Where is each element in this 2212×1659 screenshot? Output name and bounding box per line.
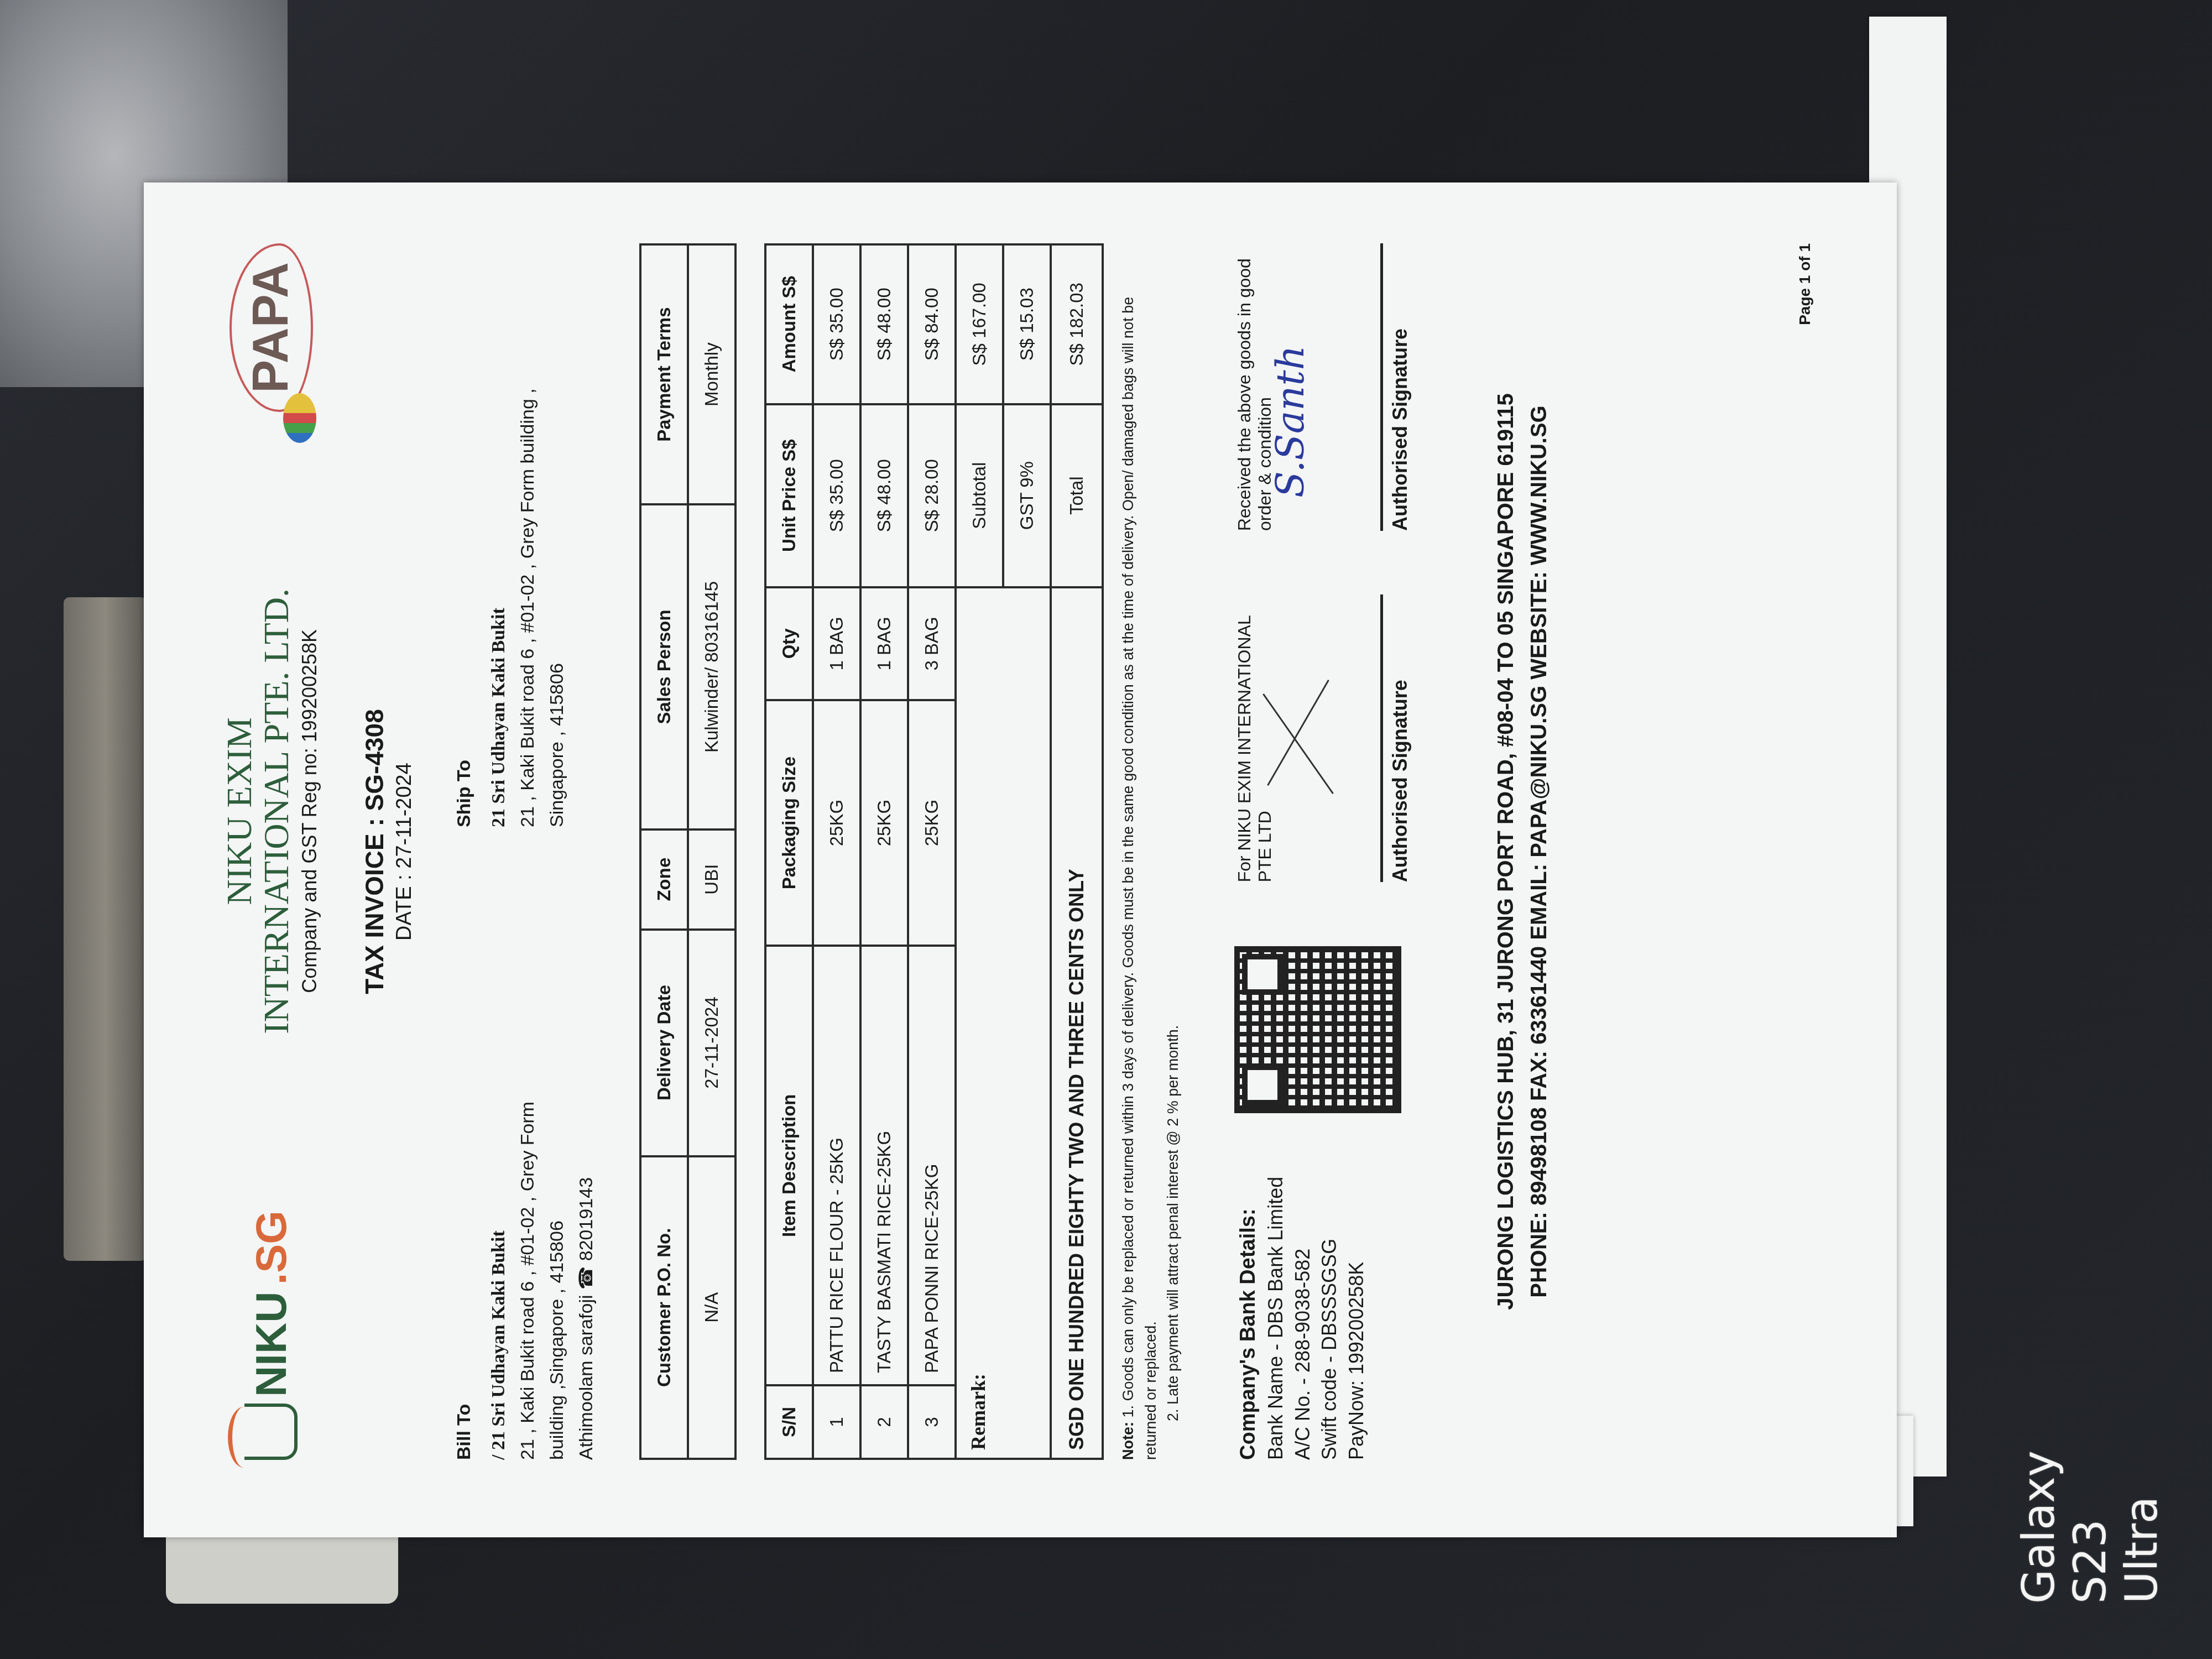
- bank-account: A/C No. - 288-9038-582: [1290, 1177, 1317, 1460]
- meta-value: Monthly: [688, 244, 735, 504]
- item-packaging: 25KG: [908, 700, 956, 946]
- meta-value: N/A: [688, 1156, 735, 1459]
- page-number: Page 1 of 1: [1796, 243, 1814, 325]
- invoice-page-wrapper: NIKU.SG NIKU EXIM INTERNATIONAL PTE. LTD…: [144, 182, 1897, 1537]
- line-items-table: S/N Item Description Packaging Size Qty …: [764, 243, 1104, 1460]
- meta-header: Zone: [640, 830, 688, 930]
- bank-swift: Swift code - DBSSSGSG: [1316, 1177, 1343, 1460]
- footer-address: JURONG LOGISTICS HUB, 31 JURONG PORT ROA…: [1489, 243, 1522, 1460]
- meta-header: Sales Person: [640, 504, 688, 830]
- meta-value: 27-11-2024: [688, 930, 735, 1156]
- receiver-handwritten-signature: S.Santh: [1267, 345, 1313, 498]
- paynow-qr-code-icon: [1234, 946, 1401, 1113]
- total-value: S$ 182.03: [1051, 244, 1103, 404]
- item-unit-price: S$ 28.00: [908, 404, 956, 587]
- niku-logo-suffix: .SG: [246, 1211, 296, 1285]
- papa-logo: PAPA: [229, 243, 313, 412]
- bill-to-contact: Athimoolam sarafoji ☎ 82019143: [572, 876, 601, 1460]
- notes-block: Note: 1. Goods can only be replaced or r…: [1117, 243, 1185, 1460]
- amount-in-words: SGD ONE HUNDRED EIGHTY TWO AND THREE CEN…: [1051, 587, 1103, 1459]
- bill-to: Bill To / 21 Sri Udhayan Kaki Bukit 21 ,…: [450, 876, 601, 1460]
- item-amount: S$ 48.00: [860, 244, 908, 404]
- company-signature-block: For NIKU EXIM INTERNATIONAL PTE LTD Auth…: [1234, 594, 1412, 882]
- item-amount: S$ 35.00: [813, 244, 860, 404]
- bank-paynow: PayNow: 199200258K: [1343, 1177, 1370, 1460]
- items-header: S/N: [765, 1385, 813, 1459]
- invoice-header: NIKU.SG NIKU EXIM INTERNATIONAL PTE. LTD…: [221, 243, 321, 1460]
- company-authorised-signature: Authorised Signature: [1380, 594, 1412, 882]
- receiver-authorised-signature: Authorised Signature: [1380, 243, 1412, 531]
- subtotal-row: Remark: Subtotal S$ 167.00: [956, 244, 1003, 1459]
- bank-details: Company's Bank Details: Bank Name - DBS …: [1234, 1177, 1370, 1460]
- subtotal-label: Subtotal: [956, 404, 1003, 587]
- company-name-line1: NIKU EXIM: [221, 588, 258, 1034]
- niku-logo: NIKU.SG: [244, 1211, 298, 1460]
- company-name-line2: INTERNATIONAL PTE. LTD.: [258, 588, 295, 1034]
- bill-to-name: / 21 Sri Udhayan Kaki Bukit: [484, 876, 514, 1460]
- gst-label: GST 9%: [1003, 404, 1051, 587]
- items-header: Qty: [765, 587, 813, 700]
- item-description: PAPA PONNI RICE-25KG: [908, 946, 956, 1385]
- invoice-footer: JURONG LOGISTICS HUB, 31 JURONG PORT ROA…: [1489, 243, 1556, 1460]
- meta-header: Customer P.O. No.: [640, 1156, 688, 1459]
- footer-contact: PHONE: 89498108 FAX: 63361440 EMAIL: PAP…: [1522, 243, 1556, 1460]
- item-qty: 1 BAG: [813, 587, 860, 700]
- meta-header-row: Customer P.O. No. Delivery Date Zone Sal…: [640, 244, 688, 1459]
- item-unit-price: S$ 35.00: [813, 404, 860, 587]
- invoice-number: TAX INVOICE : SG-4308: [359, 243, 389, 1460]
- receiver-signature-block: Received the above goods in good order &…: [1234, 243, 1412, 531]
- invoice-page: NIKU.SG NIKU EXIM INTERNATIONAL PTE. LTD…: [144, 182, 1897, 1537]
- shopping-cart-icon: [244, 1404, 298, 1460]
- ship-to-address1: 21 , Kaki Bukit road 6 , #01-02 , Grey F…: [513, 243, 542, 827]
- item-sn: 3: [908, 1385, 956, 1459]
- notes-label: Note:: [1120, 1422, 1136, 1460]
- items-header: Packaging Size: [765, 700, 813, 946]
- bill-to-label: Bill To: [450, 876, 479, 1460]
- bill-to-address2: building ,Singapore , 415806: [542, 876, 572, 1460]
- note-1: 1. Goods can only be replaced or returne…: [1120, 297, 1159, 1460]
- item-packaging: 25KG: [813, 700, 860, 946]
- item-qty: 3 BAG: [908, 587, 956, 700]
- invoice-date: DATE : 27-11-2024: [393, 243, 416, 1460]
- item-description: PATTU RICE FLOUR - 25KG: [813, 946, 860, 1385]
- address-section: Bill To / 21 Sri Udhayan Kaki Bukit 21 ,…: [450, 243, 601, 1460]
- ship-to-label: Ship To: [450, 243, 479, 827]
- papa-logo-text: PAPA: [243, 262, 299, 393]
- subtotal-value: S$ 167.00: [956, 244, 1003, 404]
- item-sn: 1: [813, 1385, 860, 1459]
- bank-name: Bank Name - DBS Bank Limited: [1262, 1177, 1290, 1460]
- note-2: 2. Late payment will attract penal inter…: [1162, 243, 1185, 1460]
- meta-value: UBI: [688, 830, 735, 930]
- meta-header: Delivery Date: [640, 930, 688, 1156]
- items-header: Unit Price S$: [765, 404, 813, 587]
- items-header-row: S/N Item Description Packaging Size Qty …: [765, 244, 813, 1459]
- item-description: TASTY BASMATI RICE-25KG: [860, 946, 908, 1385]
- papa-rays-icon: [283, 393, 316, 443]
- item-amount: S$ 84.00: [908, 244, 956, 404]
- table-row: 1 PATTU RICE FLOUR - 25KG 25KG 1 BAG S$ …: [813, 244, 860, 1459]
- bank-heading: Company's Bank Details:: [1234, 1177, 1262, 1460]
- company-signature-label: For NIKU EXIM INTERNATIONAL PTE LTD: [1234, 594, 1275, 882]
- remark-label: Remark:: [956, 587, 1051, 1459]
- item-sn: 2: [860, 1385, 908, 1459]
- order-meta-table: Customer P.O. No. Delivery Date Zone Sal…: [639, 243, 737, 1460]
- items-header: Item Description: [765, 946, 813, 1385]
- items-header: Amount S$: [765, 244, 813, 404]
- total-label: Total: [1051, 404, 1103, 587]
- total-row: SGD ONE HUNDRED EIGHTY TWO AND THREE CEN…: [1051, 244, 1103, 1459]
- table-row: 3 PAPA PONNI RICE-25KG 25KG 3 BAG S$ 28.…: [908, 244, 956, 1459]
- item-packaging: 25KG: [860, 700, 908, 946]
- company-reg-number: Company and GST Reg no: 199200258K: [298, 588, 321, 1034]
- table-row: 2 TASTY BASMATI RICE-25KG 25KG 1 BAG S$ …: [860, 244, 908, 1459]
- camera-watermark: Galaxy S23 Ultra: [2013, 1405, 2167, 1604]
- ship-to-name: 21 Sri Udhayan Kaki Bukit: [484, 243, 514, 827]
- company-block: NIKU EXIM INTERNATIONAL PTE. LTD. Compan…: [221, 588, 321, 1034]
- meta-value: Kulwinder/ 80316145: [688, 504, 735, 830]
- meta-value-row: N/A 27-11-2024 UBI Kulwinder/ 80316145 M…: [688, 244, 735, 1459]
- invoice-title-block: TAX INVOICE : SG-4308 DATE : 27-11-2024: [359, 243, 416, 1460]
- clipboard-clip: [64, 597, 147, 1261]
- gst-value: S$ 15.03: [1003, 244, 1051, 404]
- ship-to-address2: Singapore , 415806: [542, 243, 572, 827]
- bill-to-address1: 21 , Kaki Bukit road 6 , #01-02 , Grey F…: [513, 876, 542, 1460]
- niku-logo-text: NIKU: [246, 1291, 296, 1397]
- ship-to: Ship To 21 Sri Udhayan Kaki Bukit 21 , K…: [450, 243, 601, 827]
- item-unit-price: S$ 48.00: [860, 404, 908, 587]
- item-qty: 1 BAG: [860, 587, 908, 700]
- meta-header: Payment Terms: [640, 244, 688, 504]
- bottom-section: Company's Bank Details: Bank Name - DBS …: [1234, 243, 1412, 1460]
